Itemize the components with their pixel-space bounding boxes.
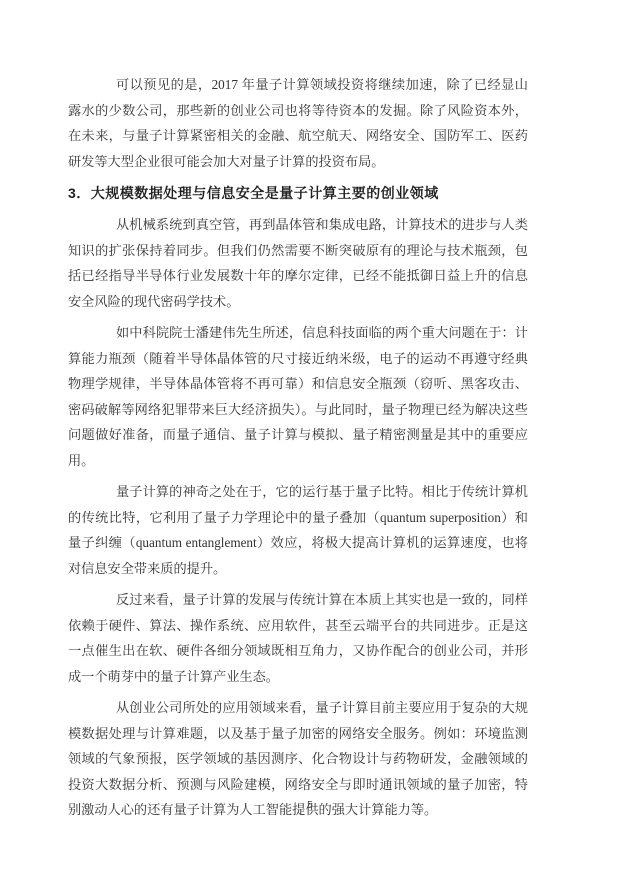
document-page: 可以预见的是，2017 年量子计算领域投资将继续加速，除了已经显山露水的少数公司… (0, 0, 620, 877)
page-number: 5 (0, 800, 620, 811)
section-heading: 3．大规模数据处理与信息安全是量子计算主要的创业领域 (68, 183, 528, 203)
body-paragraph: 量子计算的神奇之处在于，它的运行基于量子比特。相比于传统计算机的传统比特，它利用… (68, 479, 528, 581)
intro-paragraph: 可以预见的是，2017 年量子计算领域投资将继续加速，除了已经显山露水的少数公司… (68, 72, 528, 174)
body-paragraph: 如中科院院士潘建伟先生所述，信息科技面临的两个重大问题在于：计算能力瓶颈（随着半… (68, 320, 528, 473)
body-paragraph: 反过来看，量子计算的发展与传统计算在本质上其实也是一致的，同样依赖于硬件、算法、… (68, 587, 528, 689)
text-block: 可以预见的是，2017 年量子计算领域投资将继续加速，除了已经显山露水的少数公司… (68, 72, 528, 829)
body-paragraph: 从机械系统到真空管，再到晶体管和集成电路，计算技术的进步与人类知识的扩张保持着同… (68, 212, 528, 314)
